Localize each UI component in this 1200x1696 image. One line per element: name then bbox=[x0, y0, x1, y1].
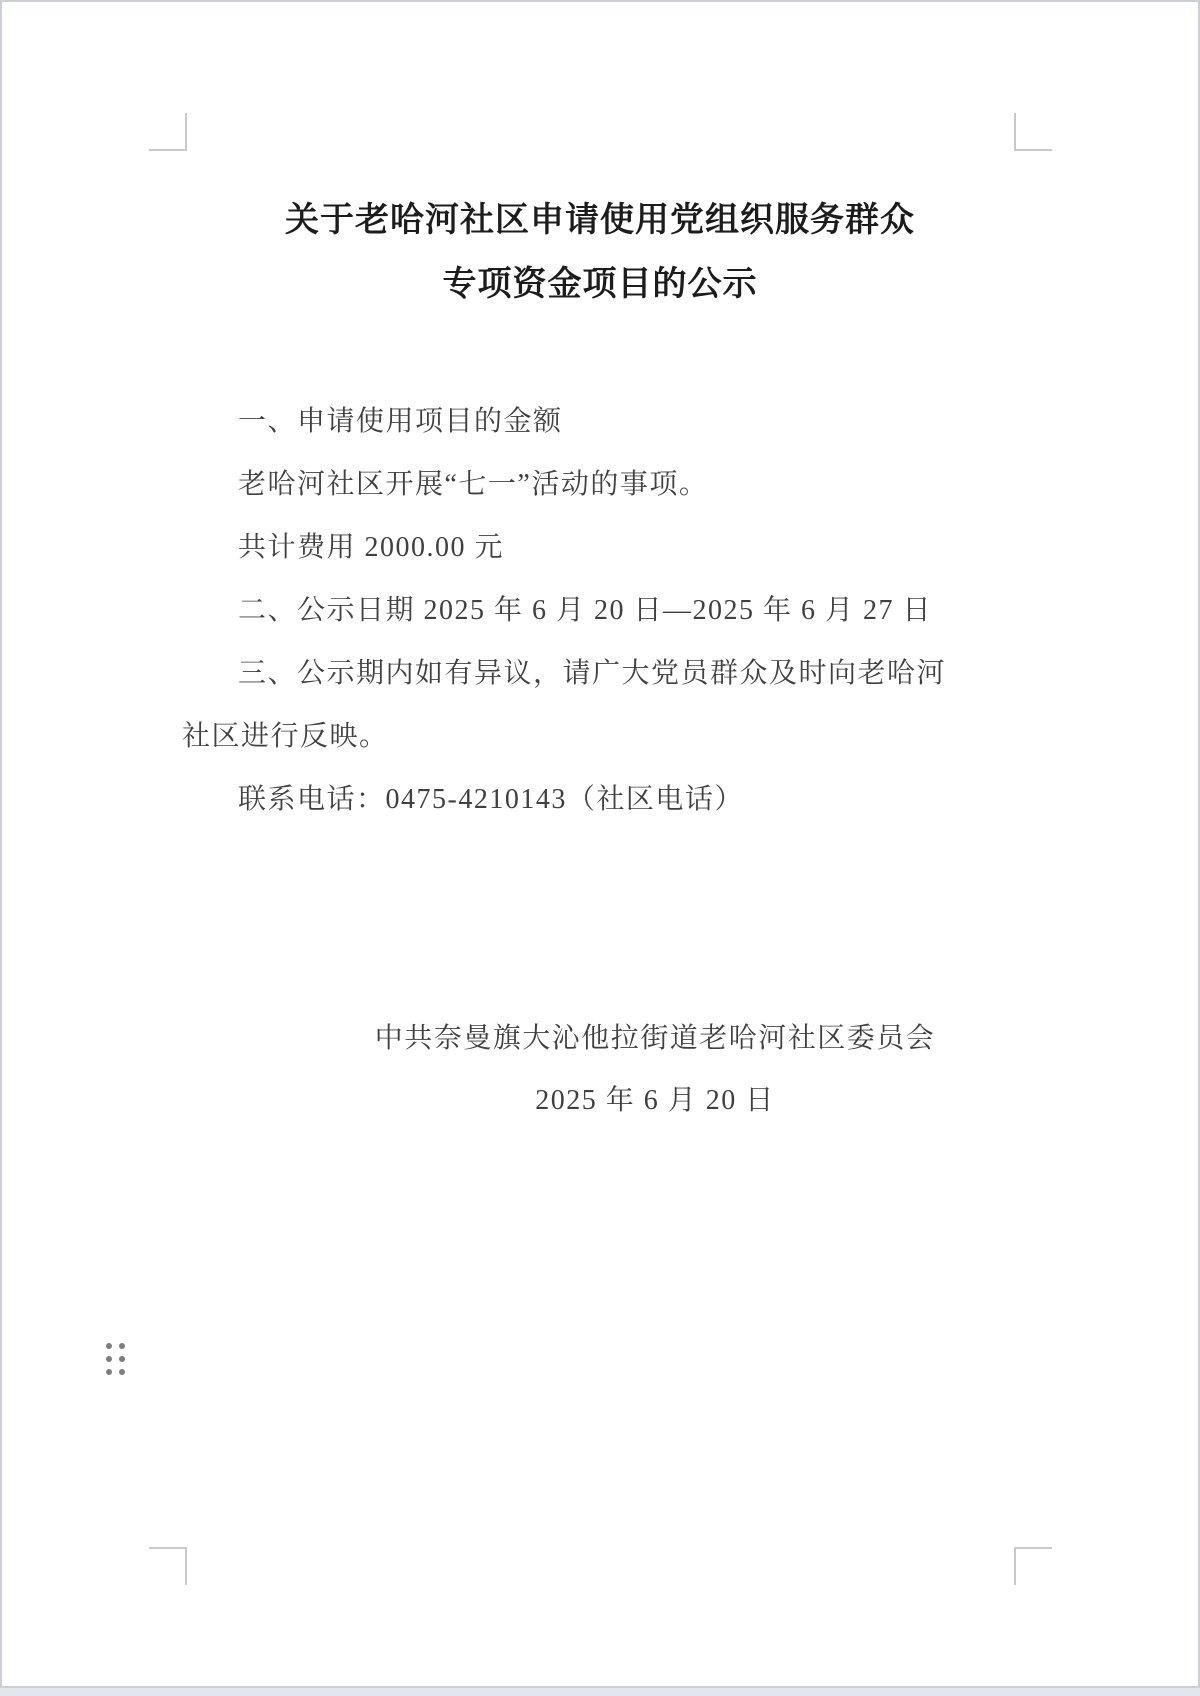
document-body: 一、申请使用项目的金额 老哈河社区开展“七一”活动的事项。 共计费用 2000.… bbox=[182, 390, 1038, 831]
drag-handle-dot bbox=[106, 1356, 112, 1362]
document-title: 关于老哈河社区申请使用党组织服务群众 专项资金项目的公示 bbox=[2, 188, 1198, 316]
body-line: 共计费用 2000.00 元 bbox=[182, 516, 1038, 579]
signature-organization: 中共奈曼旗大沁他拉街道老哈河社区委员会 bbox=[57, 1008, 1200, 1070]
crop-mark-top-right bbox=[1014, 113, 1052, 151]
drag-handle-dot bbox=[119, 1356, 125, 1362]
document-title-line-1: 关于老哈河社区申请使用党组织服务群众 bbox=[2, 188, 1198, 252]
body-line: 联系电话：0475-4210143（社区电话） bbox=[182, 768, 1038, 831]
crop-mark-top-left bbox=[149, 113, 187, 151]
crop-mark-bottom-right bbox=[1014, 1547, 1052, 1585]
drag-handle-icon[interactable] bbox=[106, 1343, 125, 1375]
body-line: 社区进行反映。 bbox=[182, 705, 1038, 768]
drag-handle-dot bbox=[119, 1343, 125, 1349]
body-line: 老哈河社区开展“七一”活动的事项。 bbox=[182, 453, 1038, 516]
body-line: 三、公示期内如有异议，请广大党员群众及时向老哈河 bbox=[182, 642, 1038, 705]
signature-block: 中共奈曼旗大沁他拉街道老哈河社区委员会 2025 年 6 月 20 日 bbox=[57, 1008, 1200, 1132]
document-viewport: 关于老哈河社区申请使用党组织服务群众 专项资金项目的公示 一、申请使用项目的金额… bbox=[0, 0, 1200, 1696]
crop-mark-bottom-left bbox=[149, 1547, 187, 1585]
drag-handle-dot bbox=[106, 1369, 112, 1375]
body-line: 二、公示日期 2025 年 6 月 20 日—2025 年 6 月 27 日 bbox=[182, 579, 1038, 642]
document-title-line-2: 专项资金项目的公示 bbox=[2, 252, 1198, 316]
document-page: 关于老哈河社区申请使用党组织服务群众 专项资金项目的公示 一、申请使用项目的金额… bbox=[0, 0, 1200, 1688]
signature-date: 2025 年 6 月 20 日 bbox=[57, 1070, 1200, 1132]
body-line: 一、申请使用项目的金额 bbox=[182, 390, 1038, 453]
drag-handle-dot bbox=[106, 1343, 112, 1349]
drag-handle-dot bbox=[119, 1369, 125, 1375]
